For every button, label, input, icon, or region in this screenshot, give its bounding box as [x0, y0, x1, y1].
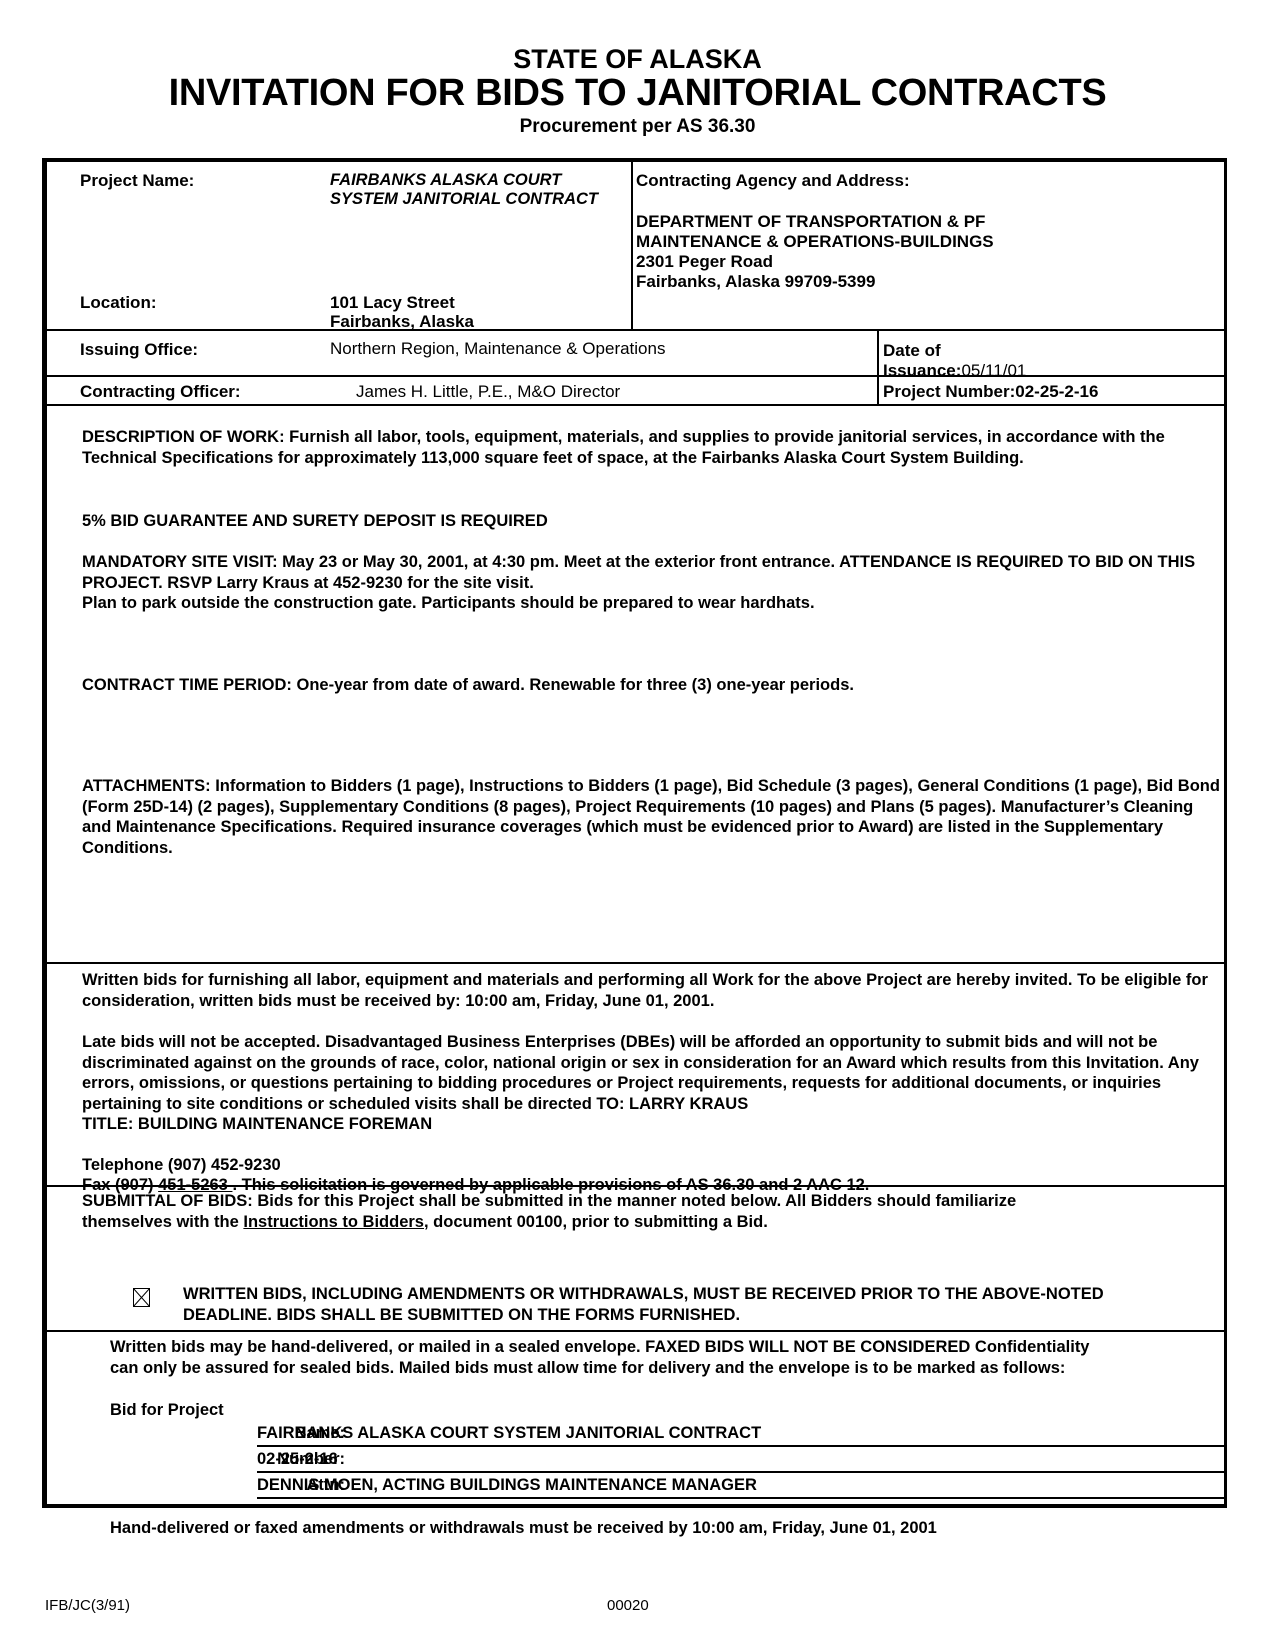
instructions-to-bidders-link[interactable]: Instructions to Bidders	[243, 1213, 424, 1231]
contact-title: TITLE: BUILDING MAINTENANCE FOREMAN	[82, 1114, 1222, 1135]
issuing-office-value: Northern Region, Maintenance & Operation…	[330, 339, 665, 359]
attachments: ATTACHMENTS: Information to Bidders (1 p…	[82, 776, 1222, 858]
checkbox-text-line2: DEADLINE. BIDS SHALL BE SUBMITTED ON THE…	[183, 1305, 740, 1326]
site-visit: MANDATORY SITE VISIT: May 23 or May 30, …	[82, 552, 1222, 593]
divider-row-issuing	[47, 329, 1225, 331]
checkbox-text-line1: WRITTEN BIDS, INCLUDING AMENDMENTS OR WI…	[183, 1284, 1104, 1305]
divider-invitation	[47, 962, 1225, 964]
envelope-name-value: FAIRBANKS ALASKA COURT SYSTEM JANITORIAL…	[257, 1424, 1225, 1447]
invitation-text: Written bids for furnishing all labor, e…	[82, 970, 1222, 1011]
envelope-attn-value: DENNIS MOEN, ACTING BUILDINGS MAINTENANC…	[257, 1476, 1225, 1499]
envelope-name-field: Name: FAIRBANKS ALASKA COURT SYSTEM JANI…	[110, 1424, 1225, 1448]
state-heading: STATE OF ALASKA	[0, 44, 1275, 75]
date-label-line2: Issuance:	[883, 361, 961, 380]
project-name-label: Project Name:	[80, 171, 194, 191]
late-bids-text: Late bids will not be accepted. Disadvan…	[82, 1032, 1222, 1114]
submittal-line2: themselves with the Instructions to Bidd…	[82, 1212, 1222, 1233]
divider-date	[877, 330, 879, 406]
amendments-deadline: Hand-delivered or faxed amendments or wi…	[110, 1518, 937, 1539]
contracting-officer-label: Contracting Officer:	[80, 382, 241, 402]
delivery-text-line2: can only be assured for sealed bids. Mai…	[110, 1358, 1065, 1379]
document-subtitle: Procurement per AS 36.30	[0, 116, 1275, 138]
project-name-line2: SYSTEM JANITORIAL CONTRACT	[330, 189, 598, 210]
submittal-line2-suffix: , document 00100, prior to submitting a …	[424, 1213, 768, 1231]
location-line1: 101 Lacy Street	[330, 293, 455, 313]
submittal-line2-prefix: themselves with the	[82, 1213, 243, 1231]
date-of-issuance: Date of Issuance:05/11/01	[883, 341, 1026, 381]
bid-guarantee: 5% BID GUARANTEE AND SURETY DEPOSIT IS R…	[82, 511, 1222, 532]
agency-label: Contracting Agency and Address:	[636, 171, 910, 191]
date-label-line1: Date of	[883, 341, 941, 360]
divider-row-body	[47, 404, 1225, 406]
divider-row-officer	[47, 375, 1225, 377]
page-code: 00020	[607, 1597, 649, 1614]
agency-line-2: MAINTENANCE & OPERATIONS-BUILDINGS	[636, 232, 994, 252]
divider-agency	[631, 160, 633, 330]
project-number-value: 02-25-2-16	[1015, 382, 1098, 401]
envelope-number-value: 02-25-2-16	[257, 1450, 1225, 1473]
contracting-officer-value: James H. Little, P.E., M&O Director	[356, 382, 620, 402]
divider-delivery	[47, 1330, 1225, 1332]
bid-for-project: Bid for Project	[110, 1400, 224, 1421]
written-bids-checkbox[interactable]	[133, 1288, 150, 1307]
agency-line-1: DEPARTMENT OF TRANSPORTATION & PF	[636, 212, 985, 232]
form-code: IFB/JC(3/91)	[45, 1597, 130, 1614]
project-number: Project Number:02-25-2-16	[883, 382, 1098, 402]
agency-line-4: Fairbanks, Alaska 99709-5399	[636, 272, 875, 292]
location-line2: Fairbanks, Alaska	[330, 312, 474, 332]
contract-time-period: CONTRACT TIME PERIOD: One-year from date…	[82, 675, 1222, 696]
location-label: Location:	[80, 293, 157, 313]
delivery-text-line1: Written bids may be hand-delivered, or m…	[110, 1337, 1090, 1358]
parking-note: Plan to park outside the construction ga…	[82, 593, 1222, 614]
issuing-office-label: Issuing Office:	[80, 340, 198, 360]
submittal-line1: SUBMITTAL OF BIDS: Bids for this Project…	[82, 1191, 1222, 1212]
checkbox-x-icon	[134, 1289, 149, 1306]
agency-line-3: 2301 Peger Road	[636, 252, 773, 272]
envelope-attn-field: Attn: DENNIS MOEN, ACTING BUILDINGS MAIN…	[110, 1476, 1225, 1500]
document-title: INVITATION FOR BIDS TO JANITORIAL CONTRA…	[0, 72, 1275, 115]
project-name-line1: FAIRBANKS ALASKA COURT	[330, 170, 561, 191]
envelope-number-field: Number: 02-25-2-16	[110, 1450, 1225, 1474]
telephone: Telephone (907) 452-9230	[82, 1155, 1222, 1176]
date-value: 05/11/01	[961, 361, 1026, 380]
description-of-work: DESCRIPTION OF WORK: Furnish all labor, …	[82, 427, 1222, 468]
project-number-label: Project Number:	[883, 382, 1015, 401]
